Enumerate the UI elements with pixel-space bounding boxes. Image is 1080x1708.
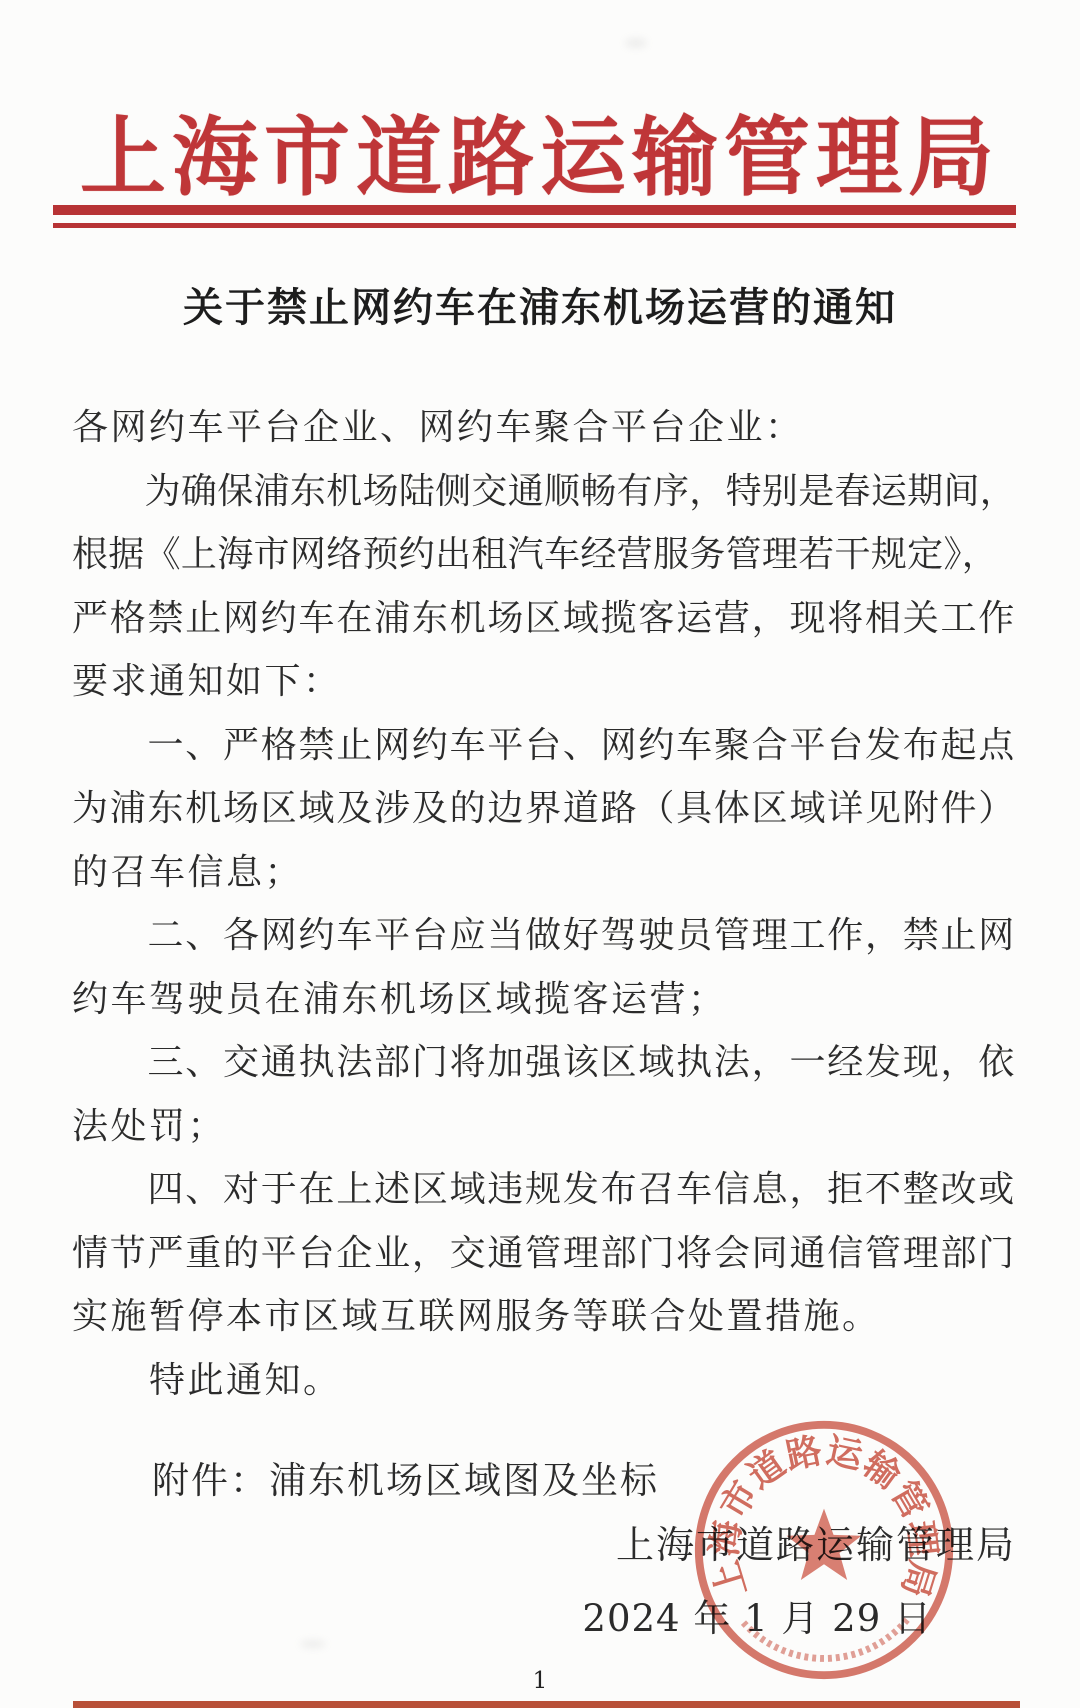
- body-line: 为确保浦东机场陆侧交通顺畅有序，特别是春运期间，: [72, 460, 1016, 524]
- body-line: 的召车信息；: [72, 841, 1016, 905]
- document-body: 各网约车平台企业、网约车聚合平台企业： 为确保浦东机场陆侧交通顺畅有序，特别是春…: [72, 396, 1016, 1412]
- document-page: 上海市道路运输管理局 关于禁止网约车在浦东机场运营的通知 各网约车平台企业、网约…: [0, 0, 1080, 1708]
- body-line: 情节严重的平台企业，交通管理部门将会同通信管理部门: [72, 1222, 1016, 1286]
- header-rule-thin: [53, 223, 1016, 228]
- agency-header-title: 上海市道路运输管理局: [0, 88, 1080, 212]
- body-line: 四、对于在上述区域违规发布召车信息，拒不整改或: [72, 1158, 1016, 1222]
- official-seal-stamp: 上海市道路运输管理局: [686, 1412, 962, 1688]
- body-line: 特此通知。: [72, 1349, 1016, 1413]
- body-line: 三、交通执法部门将加强该区域执法，一经发现，依: [72, 1031, 1016, 1095]
- header-rule-thick: [53, 205, 1016, 215]
- attachment-line: 附件：浦东机场区域图及坐标: [152, 1450, 659, 1504]
- seal-serial-band: [741, 1620, 907, 1659]
- body-line: 为浦东机场区域及涉及的边界道路（具体区域详见附件）: [72, 777, 1016, 841]
- body-line: 要求通知如下：: [72, 650, 1016, 714]
- body-line: 严格禁止网约车在浦东机场区域揽客运营，现将相关工作: [72, 587, 1016, 651]
- next-page-header-edge: [73, 1701, 1020, 1708]
- page-number: 1: [0, 1668, 1080, 1694]
- scan-smudge: [625, 38, 647, 48]
- body-line: 法处罚；: [72, 1095, 1016, 1159]
- body-line: 根据《上海市网络预约出租汽车经营服务管理若干规定》，: [72, 523, 1016, 587]
- body-line: 约车驾驶员在浦东机场区域揽客运营；: [72, 968, 1016, 1032]
- body-line: 实施暂停本市区域互联网服务等联合处置措施。: [72, 1285, 1016, 1349]
- document-title: 关于禁止网约车在浦东机场运营的通知: [0, 276, 1080, 333]
- scan-smudge: [300, 1640, 326, 1648]
- body-line: 一、严格禁止网约车平台、网约车聚合平台发布起点: [72, 714, 1016, 778]
- seal-star-icon: [787, 1509, 862, 1580]
- body-line: 二、各网约车平台应当做好驾驶员管理工作，禁止网: [72, 904, 1016, 968]
- body-line: 各网约车平台企业、网约车聚合平台企业：: [72, 396, 1016, 460]
